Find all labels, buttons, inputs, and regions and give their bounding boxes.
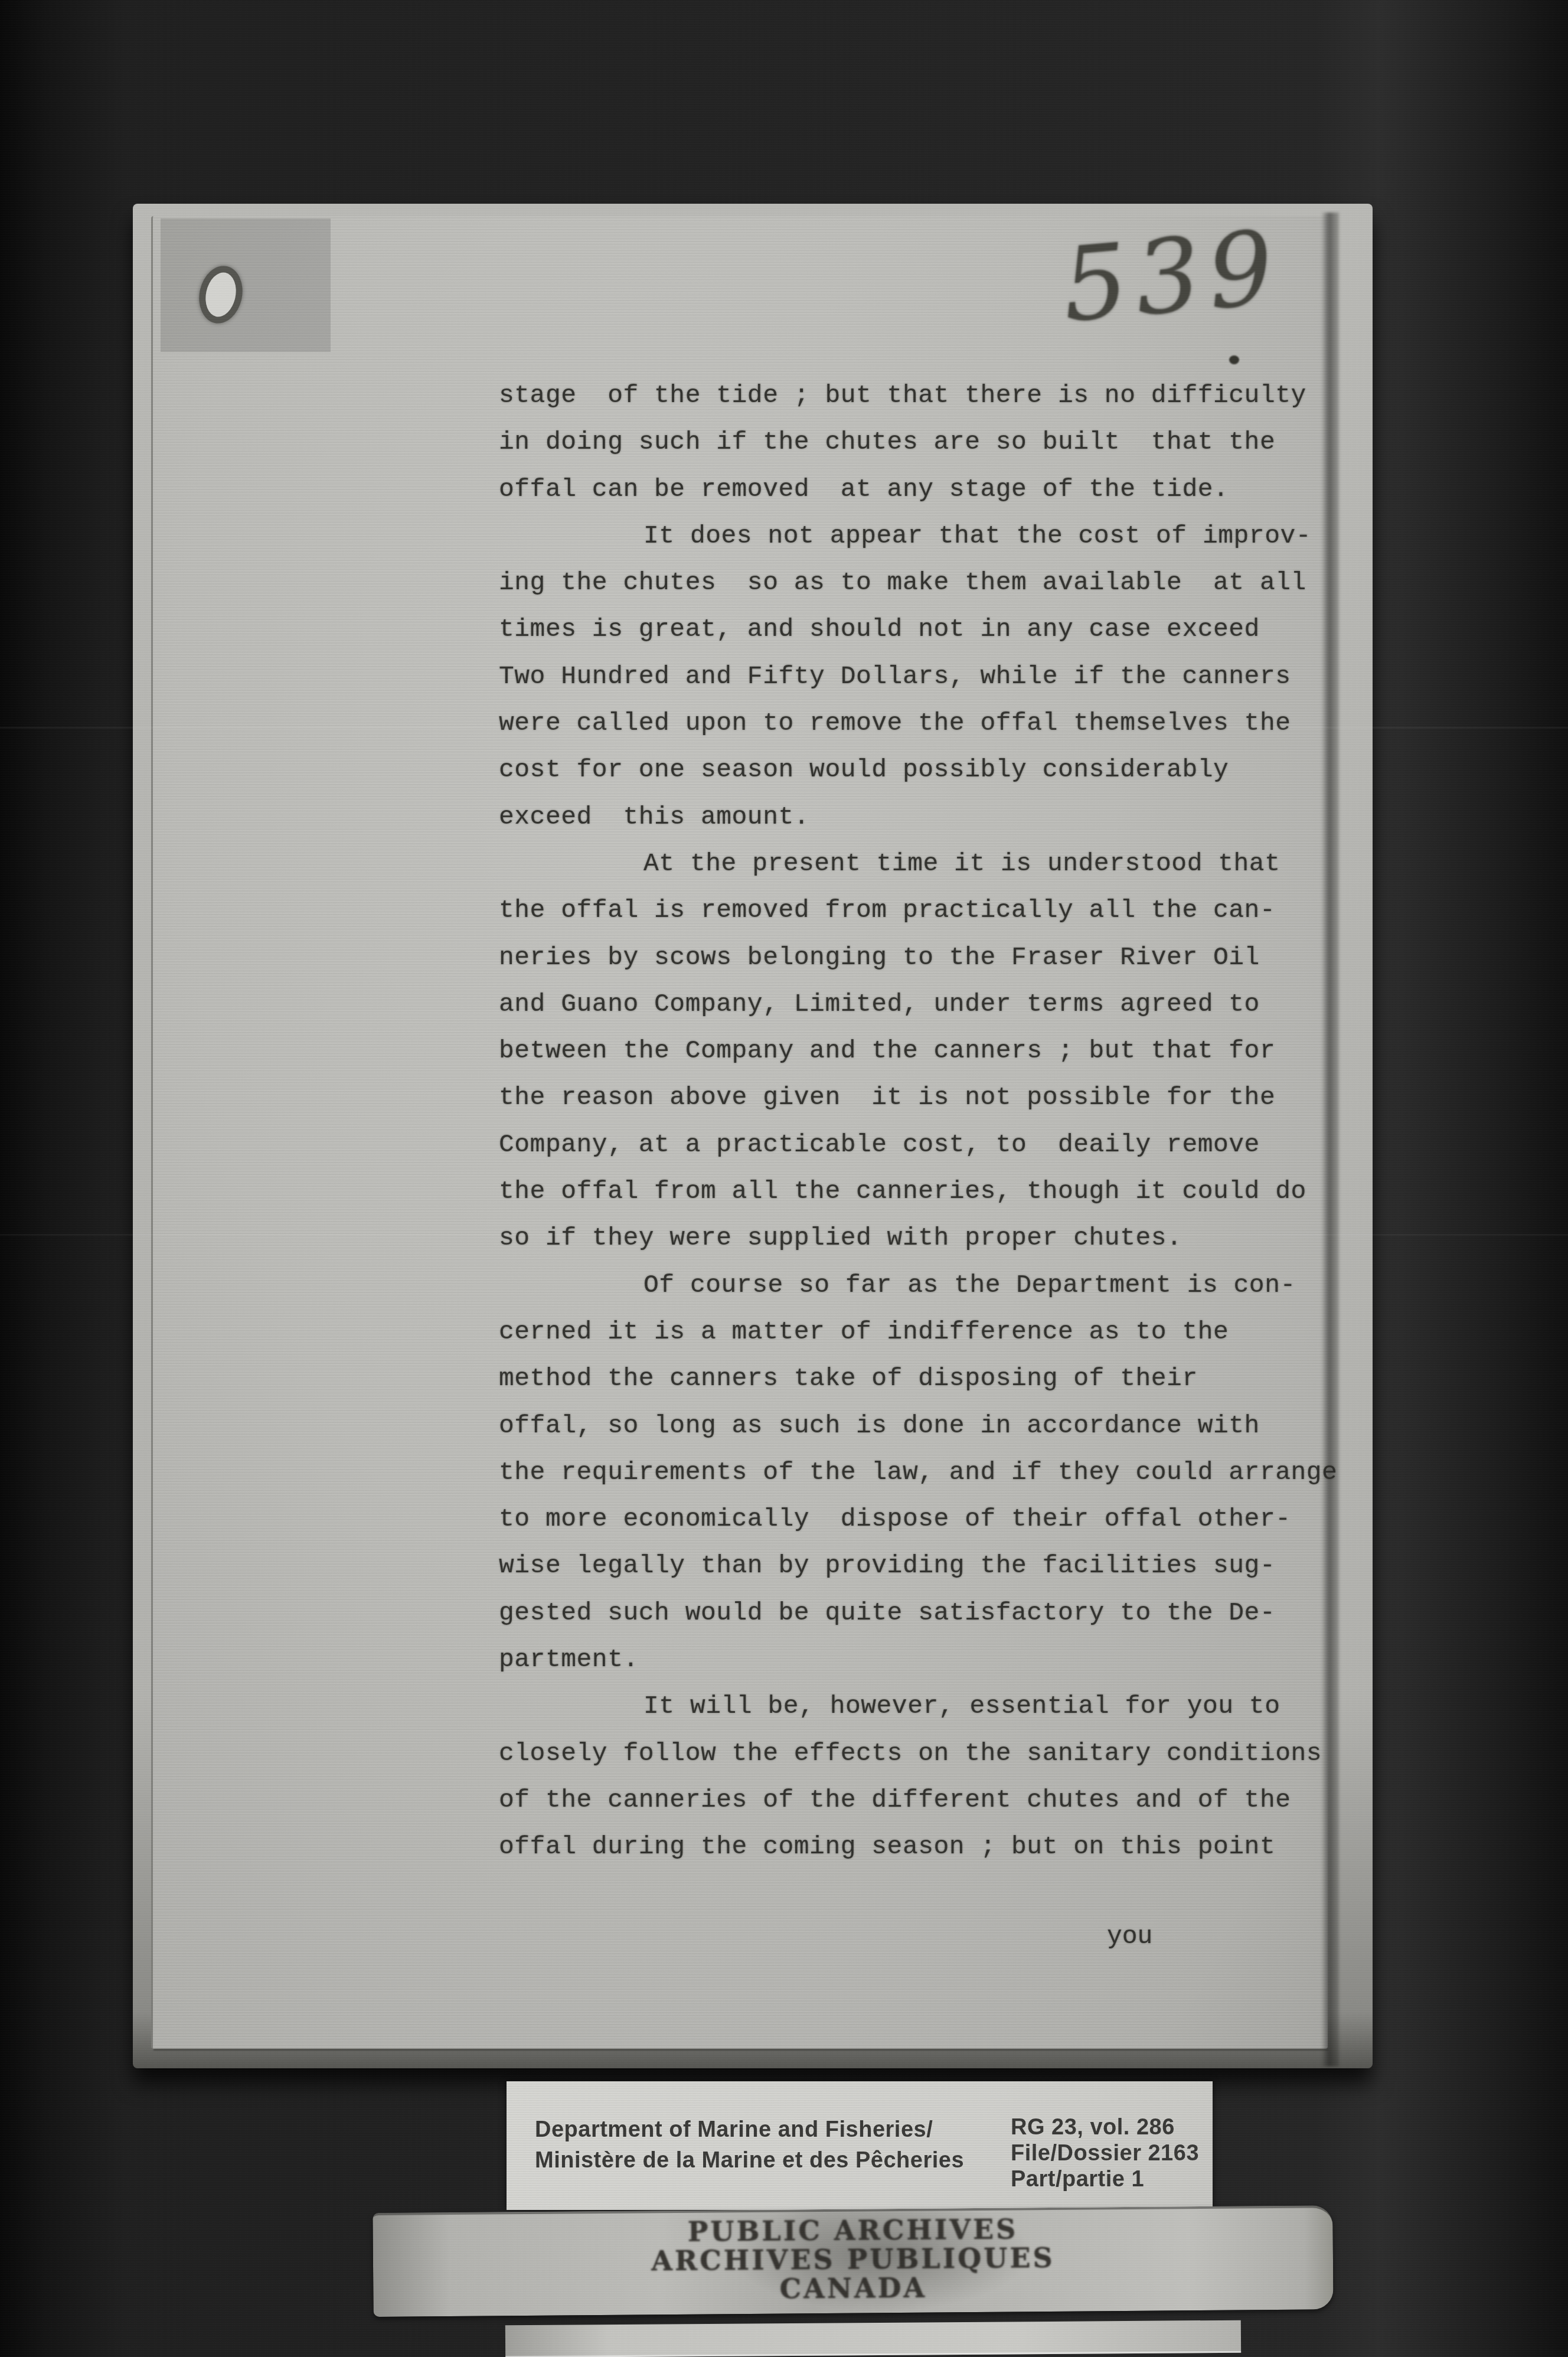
typed-line: wise legally than by providing the facil… (499, 1551, 1384, 1598)
label-department-fr: Ministère de la Marine et des Pêcheries (535, 2145, 964, 2176)
label-file-dossier: File/Dossier 2163 (1011, 2140, 1199, 2166)
typed-line: partment. (499, 1645, 1384, 1692)
typed-line: neries by scows belonging to the Fraser … (499, 943, 1384, 990)
ink-dot (1229, 355, 1239, 364)
typed-line: the requirements of the law, and if they… (499, 1458, 1384, 1504)
public-archives-stamp: PUBLIC ARCHIVES ARCHIVES PUBLIQUES CANAD… (373, 2212, 1333, 2307)
typed-line: Company, at a practicable cost, to deail… (499, 1130, 1384, 1177)
typed-line: in doing such if the chutes are so built… (499, 427, 1384, 474)
tape-patch (161, 218, 331, 352)
typed-line: exceed this amount. (499, 802, 1384, 849)
typed-line: the offal from all the canneries, though… (499, 1177, 1384, 1223)
typed-line: It does not appear that the cost of impr… (499, 521, 1384, 568)
typed-line: to more economically dispose of their of… (499, 1504, 1384, 1551)
page-bottom-edge-line (153, 2049, 1328, 2051)
typed-line: Of course so far as the Department is co… (499, 1271, 1384, 1317)
label-department-en: Department of Marine and Fisheries/ (535, 2114, 964, 2145)
typed-line: offal during the coming season ; but on … (499, 1832, 1384, 1879)
typed-line: stage of the tide ; but that there is no… (499, 381, 1384, 427)
archive-label: Department of Marine and Fisheries/ Mini… (507, 2081, 1213, 2210)
typed-line: method the canners take of disposing of … (499, 1364, 1384, 1411)
label-department: Department of Marine and Fisheries/ Mini… (535, 2114, 964, 2176)
typed-line: times is great, and should not in any ca… (499, 615, 1384, 661)
typed-line: It will be, however, essential for you t… (499, 1692, 1384, 1738)
typed-line: the offal is removed from practically al… (499, 896, 1384, 942)
typed-line: were called upon to remove the offal the… (499, 709, 1384, 755)
typed-line: closely follow the effects on the sanita… (499, 1739, 1384, 1785)
typed-line: cost for one season would possibly consi… (499, 755, 1384, 802)
typed-line: between the Company and the canners ; bu… (499, 1036, 1384, 1083)
typed-line: and Guano Company, Limited, under terms … (499, 990, 1384, 1036)
typed-line: gested such would be quite satisfactory … (499, 1598, 1384, 1645)
typed-line: At the present time it is understood tha… (499, 849, 1384, 896)
handwritten-page-number: 539 (1058, 208, 1286, 345)
label-reference: RG 23, vol. 286 File/Dossier 2163 Part/p… (1011, 2114, 1199, 2192)
label-rg-volume: RG 23, vol. 286 (1011, 2114, 1199, 2140)
scanned-document-photo: 539 stage of the tide ; but that there i… (0, 0, 1568, 2357)
typed-line: ing the chutes so as to make them availa… (499, 568, 1384, 615)
typed-line: offal, so long as such is done in accord… (499, 1411, 1384, 1458)
typed-line: offal can be removed at any stage of the… (499, 475, 1384, 521)
typed-line: Two Hundred and Fifty Dollars, while if … (499, 662, 1384, 709)
label-part: Part/partie 1 (1011, 2166, 1199, 2192)
typed-line: the reason above given it is not possibl… (499, 1083, 1384, 1129)
catchword: you (1107, 1922, 1152, 1951)
paper-strip (505, 2320, 1241, 2357)
typed-line: cerned it is a matter of indifference as… (499, 1317, 1384, 1364)
typed-line: so if they were supplied with proper chu… (499, 1223, 1384, 1270)
typed-line: of the canneries of the different chutes… (499, 1785, 1384, 1832)
typed-text-block: stage of the tide ; but that there is no… (499, 381, 1384, 1879)
stamp-strip: PUBLIC ARCHIVES ARCHIVES PUBLIQUES CANAD… (373, 2205, 1333, 2317)
punch-hole (194, 262, 248, 328)
